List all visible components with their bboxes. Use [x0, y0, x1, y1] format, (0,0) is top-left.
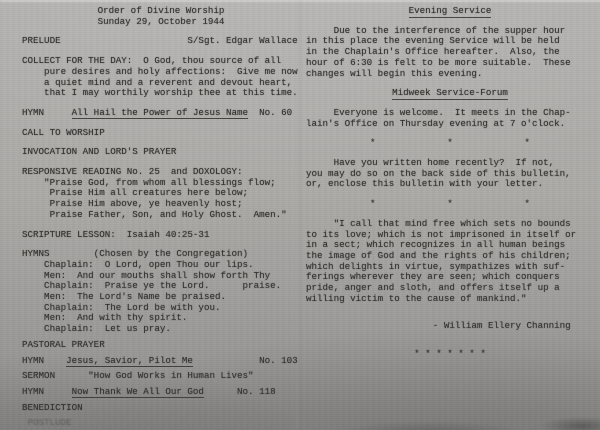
underlined-text: Evening Service: [409, 5, 492, 18]
text-segment: COLLECT FOR THE DAY: O God, thou source …: [22, 55, 281, 66]
text-line: lain's Office on Thursday evening at 7 o…: [306, 119, 594, 130]
text-line: INVOCATION AND LORD'S PRAYER: [22, 147, 300, 158]
text-segment: Praise Him all creatures here below;: [22, 187, 248, 198]
text-segment: lain's Office on Thursday evening at 7 o…: [306, 118, 565, 129]
text-line: Praise Father, Son, and Holy Ghost. Amen…: [22, 210, 300, 221]
text-line: PASTORAL PRAYER: [22, 340, 300, 351]
postlude-line: POSTLUDE: [22, 418, 300, 429]
hymn-line: HYMN Now Thank We All Our God No. 118: [22, 387, 300, 398]
text-segment: in a sect; which recognizes in all human…: [306, 239, 565, 250]
underlined-text: Jesus, Savior, Pilot Me: [66, 355, 193, 368]
document-date: Sunday 29, October 1944: [22, 17, 300, 28]
text-segment: "I call that mind free which sets no bou…: [306, 218, 571, 229]
right-column: Evening Service Due to the interference …: [306, 6, 594, 360]
text-segment: Order of Divine Worship: [98, 5, 225, 16]
text-segment: Chaplain: O Lord, open Thou our lips.: [22, 259, 254, 270]
text-segment: HYMN: [22, 355, 66, 366]
text-segment: HYMNS (Chosen by the Congregation): [22, 248, 248, 259]
asterisk-separator: * * *: [306, 138, 594, 149]
text-segment: SERMON "How God Works in Human Lives": [22, 370, 254, 381]
text-segment: Chaplain: Let us pray.: [22, 323, 171, 334]
text-line: that I may worthily worship thee at this…: [22, 88, 300, 99]
text-segment: Men: The Lord's Name be praised.: [22, 291, 226, 302]
underlined-text: Now Thank We All Our God: [72, 386, 204, 399]
text-segment: pride, anger and sloth, and offers itsel…: [306, 282, 560, 293]
text-line: SCRIPTURE LESSON: Isaiah 40:25-31: [22, 230, 300, 241]
text-segment: No. 118: [204, 386, 276, 397]
text-line: willing victim to the cause of mankind.": [306, 294, 594, 305]
text-segment: Sunday 29, October 1944: [98, 16, 225, 27]
text-segment: No. 60: [248, 107, 292, 118]
text-segment: a quiet mind and a reverent and devout h…: [22, 77, 292, 88]
text-segment: * * *: [370, 198, 530, 209]
text-segment: hour of 6:30 is felt to be more suitable…: [306, 57, 571, 68]
text-segment: ferings wherever they are seen; which co…: [306, 271, 560, 282]
text-segment: CALL TO WORSHIP: [22, 127, 105, 138]
asterisk-separator: * * * * * * *: [306, 349, 594, 360]
prelude-line: PRELUDE S/Sgt. Edgar Wallace: [22, 36, 300, 47]
text-segment: Praise Him above, ye heavenly host;: [22, 198, 243, 209]
text-segment: - William Ellery Channing: [306, 320, 571, 331]
text-line: CALL TO WORSHIP: [22, 128, 300, 139]
text-segment: HYMN: [22, 386, 72, 397]
text-segment: Chaplain: Praise ye the Lord. praise.: [22, 280, 281, 291]
text-line: BENEDICTION: [22, 403, 300, 414]
evening-service-heading: Evening Service: [306, 6, 594, 17]
midweek-heading: Midweek Service-Forum: [306, 88, 594, 99]
text-segment: SCRIPTURE LESSON: Isaiah 40:25-31: [22, 229, 209, 240]
text-segment: changes will begin this evening.: [306, 68, 482, 79]
sermon-line: SERMON "How God Works in Human Lives": [22, 371, 300, 382]
hymn-line: HYMN All Hail the Power of Jesus Name No…: [22, 108, 300, 119]
text-segment: Have you written home recently? If not,: [306, 157, 554, 168]
text-segment: * * * * * * *: [414, 348, 486, 359]
text-segment: which delights in virtue, sympathizes wi…: [306, 261, 565, 272]
text-segment: Everyone is welcome. It meets in the Cha…: [306, 107, 571, 118]
quote-attribution: - William Ellery Channing: [306, 321, 594, 332]
text-line: Chaplain: Let us pray.: [22, 324, 300, 335]
text-segment: PASTORAL PRAYER: [22, 339, 105, 350]
scanned-bulletin-page: Order of Divine WorshipSunday 29, Octobe…: [0, 0, 600, 430]
text-segment: HYMN: [22, 107, 72, 118]
text-line: or, enclose this bulletin with your lett…: [306, 179, 594, 190]
text-segment: * * *: [370, 137, 530, 148]
text-segment: pure desires and holy affections: Give m…: [22, 66, 298, 77]
text-segment: RESPONSIVE READING No. 25 and DOXOLOGY:: [22, 166, 243, 177]
text-segment: PRELUDE S/Sgt. Edgar Wallace: [22, 35, 298, 46]
hymn-line: HYMN Jesus, Savior, Pilot Me No. 103: [22, 356, 300, 367]
text-line: changes will begin this evening.: [306, 69, 594, 80]
text-segment: the image of God and the rights of his c…: [306, 250, 571, 261]
text-segment: to its love; which is not imprisoned in …: [306, 229, 576, 240]
left-column: Order of Divine WorshipSunday 29, Octobe…: [22, 6, 300, 429]
text-segment: in this place the evening Service will b…: [306, 35, 560, 46]
text-segment: No. 103: [193, 355, 298, 366]
text-segment: willing victim to the cause of mankind.": [306, 293, 527, 304]
text-segment: Men: And our mouths shall show forth Thy: [22, 270, 270, 281]
text-segment: that I may worthily worship thee at this…: [22, 87, 298, 98]
underlined-text: Midweek Service-Forum: [392, 87, 508, 100]
underlined-text: All Hail the Power of Jesus Name: [72, 107, 248, 120]
text-segment: Men: And with thy spirit.: [22, 312, 187, 323]
text-segment: Praise Father, Son, and Holy Ghost. Amen…: [22, 209, 287, 220]
scan-top-edge: [0, 0, 600, 3]
text-segment: BENEDICTION: [22, 402, 83, 413]
text-segment: INVOCATION AND LORD'S PRAYER: [22, 146, 176, 157]
text-segment: POSTLUDE: [22, 417, 72, 428]
text-segment: in the Chaplain's Office hereafter. Also…: [306, 46, 560, 57]
text-segment: or, enclose this bulletin with your lett…: [306, 178, 543, 189]
asterisk-separator: * * *: [306, 199, 594, 210]
